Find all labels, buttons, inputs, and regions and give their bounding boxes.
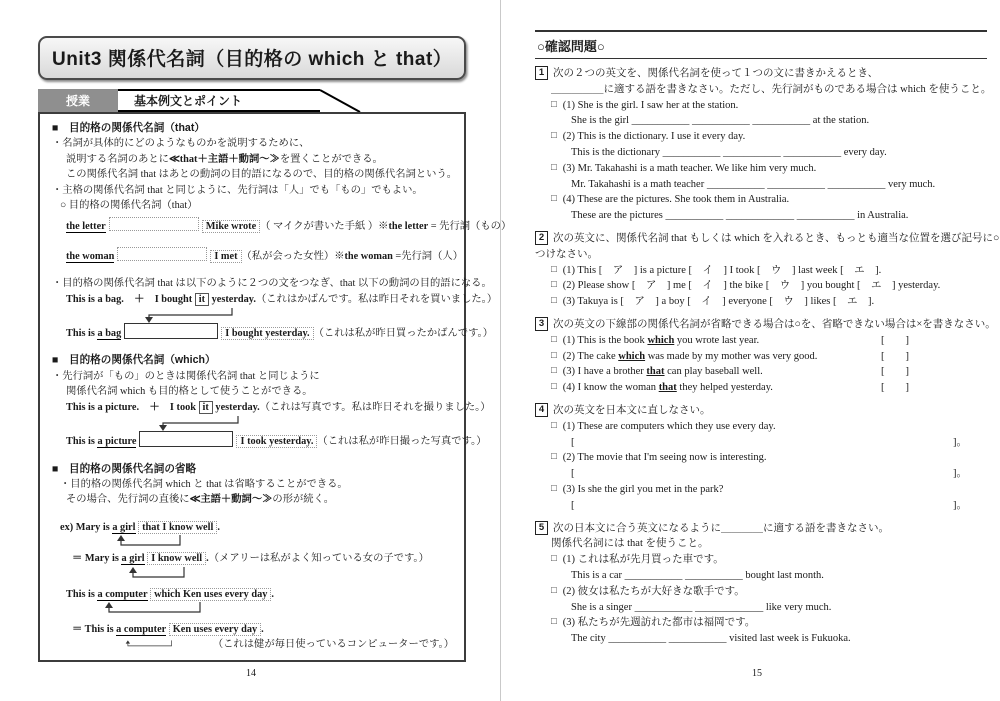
exercise-item: □(3) 私たちが先週訪れた都市は福岡です。 bbox=[535, 615, 987, 631]
checkbox-icon: □ bbox=[551, 296, 557, 306]
close-bracket: ]。 bbox=[953, 466, 967, 482]
antecedent: a bag bbox=[97, 328, 121, 340]
example-line: ＝ Mary is a girl I know well.（メアリーは私がよく知… bbox=[52, 551, 454, 566]
question-intro-text: 次の日本文に合う英文になるように＿＿＿＿に適する語を書きなさい。 bbox=[553, 523, 889, 534]
question-intro-text: 次の英文を日本文に直しなさい。 bbox=[553, 405, 711, 416]
problems-header: ○確認問題○ bbox=[535, 30, 987, 59]
answer-bracket-line: []。 bbox=[535, 466, 987, 482]
relative-clause: which Ken uses every day bbox=[150, 588, 271, 601]
tab-diagonal-edge bbox=[320, 89, 362, 112]
reference-arrow-row: （これは健が毎日使っているコンピューターです。） bbox=[124, 637, 454, 652]
example-line: This is a pictureI took yesterday.（これは私が… bbox=[52, 431, 454, 449]
source-sentence: yesterday. bbox=[209, 294, 256, 305]
checkbox-icon: □ bbox=[551, 364, 557, 380]
answer-line: This is the dictionary ___________ _____… bbox=[535, 145, 987, 161]
pattern-emphasis: ≪主語＋動詞～≫ bbox=[190, 494, 273, 505]
note-text: = 先行詞（もの） bbox=[428, 221, 511, 232]
text-segment: を置くことができる。 bbox=[280, 154, 383, 165]
object-pronoun: it bbox=[199, 401, 213, 414]
japanese-prompt: (1) これは私が先月買った車です。 bbox=[563, 554, 724, 565]
open-bracket: [ bbox=[571, 498, 575, 514]
example-line: the womanI met（私が会った女性）※the woman =先行詞（人… bbox=[52, 247, 454, 264]
text-segment: (2) The cake bbox=[563, 351, 618, 362]
answer-blank bbox=[139, 431, 233, 447]
relative-clause: I bought yesterday. bbox=[221, 327, 313, 340]
example-line: This is a picture. ＋ I took it yesterday… bbox=[52, 400, 454, 415]
exercise-item: □(3) Takuya is [ ア ] a boy [ イ ] everyon… bbox=[535, 294, 987, 310]
example-line: This is a computer which Ken uses every … bbox=[52, 587, 454, 602]
note-text: =先行詞（人） bbox=[393, 251, 463, 262]
exercise-item: □(1) She is the girl. I saw her at the s… bbox=[535, 98, 987, 114]
source-sentence: This is a bag. ＋ I bought bbox=[66, 294, 195, 305]
source-sentence: (4) These are the pictures. She took the… bbox=[563, 194, 789, 205]
text-segment: その場合、先行詞の直後に bbox=[66, 494, 190, 505]
checkbox-icon: □ bbox=[551, 100, 557, 110]
answer-line: She is the girl ___________ ___________ … bbox=[535, 113, 987, 129]
close-bracket: ]。 bbox=[953, 498, 967, 514]
question-intro-cont: 関係代名詞には that を使うこと。 bbox=[535, 536, 987, 552]
answer-bracket-line: []。 bbox=[535, 498, 987, 514]
exercise-item: □(2) Please show [ ア ] me [ イ ] the bike… bbox=[535, 278, 987, 294]
antecedent: the letter bbox=[66, 221, 106, 233]
answer-line: These are the pictures ___________ _____… bbox=[535, 208, 987, 224]
question-block-2: 2次の英文に、関係代名詞 that もしくは which を入れるとき、もっとも… bbox=[535, 231, 987, 310]
sentence-with-relative: (3) I have a brother that can play baseb… bbox=[563, 364, 763, 380]
lesson-content-box: ■ 目的格の関係代名詞（that） ・名詞が具体的にどのようなものかを説明するた… bbox=[38, 112, 466, 662]
reference-arrow bbox=[126, 567, 454, 583]
question-intro-text: 次の英文の下線部の関係代名詞が省略できる場合は○を、省略できない場合は×を書きな… bbox=[553, 319, 996, 330]
question-block-1: 1次の２つの英文を、関係代名詞を使って１つの文に書きかえるとき、 ＿＿＿＿＿に適… bbox=[535, 66, 987, 224]
exercise-item: □(4) These are the pictures. She took th… bbox=[535, 192, 987, 208]
example-prefix: ex) Mary is bbox=[60, 522, 112, 533]
question-intro: 5次の日本文に合う英文になるように＿＿＿＿に適する語を書きなさい。 bbox=[535, 521, 987, 537]
answer-bracket-line: []。 bbox=[535, 435, 987, 451]
text-segment: の形が続く。 bbox=[272, 494, 334, 505]
relative-pronoun: which bbox=[647, 335, 674, 346]
text-segment: (3) I have a brother bbox=[563, 366, 647, 377]
text-segment: 説明する名詞のあとに bbox=[66, 154, 169, 165]
answer-bracket: [ ] bbox=[881, 333, 909, 349]
source-sentence: (1) These are computers which they use e… bbox=[563, 421, 776, 432]
translation: （これは健が毎日使っているコンピューターです。） bbox=[213, 637, 454, 652]
question-intro: 2次の英文に、関係代名詞 that もしくは which を入れるとき、もっとも… bbox=[535, 231, 987, 247]
translation: （これは写真です。私は昨日それを撮りました。） bbox=[260, 402, 491, 413]
antecedent: a computer bbox=[97, 589, 147, 601]
body-line: ・主格の関係代名詞 that と同じように、先行詞は「人」でも「もの」でもよい。 bbox=[52, 183, 454, 198]
page-fold-divider bbox=[500, 0, 501, 701]
sentence-with-relative: (1) This is the book which you wrote las… bbox=[563, 333, 759, 349]
open-bracket: [ bbox=[571, 466, 575, 482]
japanese-prompt: (2) 彼女は私たちが大好きな歌手です。 bbox=[563, 586, 745, 597]
answer-blank bbox=[124, 323, 218, 339]
example-line: the letterMike wrote（ マイクが書いた手紙 ）※the le… bbox=[52, 217, 454, 234]
translation: （これはかばんです。私は昨日それを買いました。） bbox=[256, 294, 497, 305]
translation: （これは私が昨日撮った写真です。） bbox=[317, 436, 486, 447]
antecedent: a girl bbox=[112, 522, 135, 534]
body-line: 関係代名詞 which も目的格として使うことができる。 bbox=[52, 384, 454, 399]
question-number: 5 bbox=[535, 521, 548, 535]
antecedent: a girl bbox=[121, 553, 144, 565]
checkbox-icon: □ bbox=[551, 452, 557, 462]
relative-clause: I know well bbox=[147, 552, 206, 565]
checkbox-icon: □ bbox=[551, 586, 557, 596]
answer-line: This is a car ___________ ___________ bo… bbox=[535, 568, 987, 584]
checkbox-icon: □ bbox=[551, 617, 557, 627]
relative-pronoun: that bbox=[659, 382, 677, 393]
example-line: This is a bag. ＋ I bought it yesterday.（… bbox=[52, 292, 454, 307]
exercise-item: □(2) The cake which was made by my mothe… bbox=[535, 349, 987, 365]
page-left: Unit3 関係代名詞（目的格の which と that） 授業 基本例文とポ… bbox=[38, 36, 466, 662]
sentence-with-relative: (4) I know the woman that they helped ye… bbox=[563, 380, 773, 396]
choice-sentence: (1) This [ ア ] is a picture [ イ ] I took… bbox=[563, 265, 882, 276]
example-prefix: ＝ Mary is bbox=[72, 553, 121, 564]
question-intro-text: 次の英文に、関係代名詞 that もしくは which を入れるとき、もっとも適… bbox=[553, 233, 1000, 244]
checkbox-icon: □ bbox=[551, 163, 557, 173]
question-intro-cont: つけなさい。 bbox=[535, 247, 987, 263]
worksheet-spread: Unit3 関係代名詞（目的格の which と that） 授業 基本例文とポ… bbox=[0, 0, 1000, 701]
japanese-prompt: (3) 私たちが先週訪れた都市は福岡です。 bbox=[563, 617, 756, 628]
checkbox-icon: □ bbox=[551, 265, 557, 275]
relative-clause: Mike wrote bbox=[202, 220, 260, 233]
checkbox-icon: □ bbox=[551, 554, 557, 564]
checkbox-icon: □ bbox=[551, 194, 557, 204]
exercise-item: □(1) This is the book which you wrote la… bbox=[535, 333, 987, 349]
text-segment: (1) This is the book bbox=[563, 335, 648, 346]
checkbox-icon: □ bbox=[551, 349, 557, 365]
answer-bracket: [ ] bbox=[881, 364, 909, 380]
text-segment: you wrote last year. bbox=[674, 335, 759, 346]
body-line: その場合、先行詞の直後に≪主語＋動詞～≫の形が続く。 bbox=[52, 492, 454, 507]
question-block-4: 4次の英文を日本文に直しなさい。 □(1) These are computer… bbox=[535, 403, 987, 514]
question-intro-text: 次の２つの英文を、関係代名詞を使って１つの文に書きかえるとき、 bbox=[553, 68, 878, 79]
answer-line: Mr. Takahashi is a math teacher ________… bbox=[535, 177, 987, 193]
note-symbol: ※ bbox=[334, 251, 344, 262]
object-pronoun: it bbox=[195, 293, 209, 306]
result-sentence: This is bbox=[66, 328, 97, 339]
checkbox-icon: □ bbox=[551, 484, 557, 494]
body-line: ・目的格の関係代名詞 that は以下のように２つの文をつなぎ、that 以下の… bbox=[52, 276, 454, 291]
relative-pronoun: which bbox=[618, 351, 645, 362]
lesson-tab-row: 授業 基本例文とポイント bbox=[38, 89, 466, 112]
reference-arrow bbox=[124, 637, 175, 652]
translation: （メアリーは私がよく知っている女の子です。） bbox=[209, 553, 429, 564]
question-intro: 3次の英文の下線部の関係代名詞が省略できる場合は○を、省略できない場合は×を書き… bbox=[535, 317, 987, 333]
period: . bbox=[261, 624, 264, 635]
text-segment: was made by my mother was very good. bbox=[645, 351, 817, 362]
source-sentence: (3) Mr. Takahashi is a math teacher. We … bbox=[563, 163, 816, 174]
translation: （ マイクが書いた手紙 ） bbox=[260, 221, 378, 232]
section-heading: ■ 目的格の関係代名詞の省略 bbox=[52, 462, 454, 477]
text-segment: (4) I know the woman bbox=[563, 382, 659, 393]
exercise-item: □(1) These are computers which they use … bbox=[535, 419, 987, 435]
relative-clause: I met bbox=[210, 250, 241, 263]
note-symbol: ※ bbox=[378, 221, 388, 232]
question-block-3: 3次の英文の下線部の関係代名詞が省略できる場合は○を、省略できない場合は×を書き… bbox=[535, 317, 987, 396]
body-line: ・目的格の関係代名詞 which と that は省略することができる。 bbox=[52, 477, 454, 492]
body-line: 説明する名詞のあとに≪that＋主語＋動詞～≫を置くことができる。 bbox=[52, 152, 454, 167]
section-heading: ■ 目的格の関係代名詞（which） bbox=[52, 353, 454, 368]
page-number: 14 bbox=[246, 668, 256, 679]
question-number: 1 bbox=[535, 66, 548, 80]
exercise-item: □(1) これは私が先月買った車です。 bbox=[535, 552, 987, 568]
note-word: the letter bbox=[388, 221, 428, 232]
reference-arrow bbox=[102, 602, 454, 618]
answer-line: The city ___________ ___________ visited… bbox=[535, 631, 987, 647]
open-bracket: [ bbox=[571, 435, 575, 451]
body-line: ・名詞が具体的にどのようなものかを説明するために、 bbox=[52, 136, 454, 151]
body-line: この関係代名詞 that はあとの動詞の目的語になるので、目的格の関係代名詞とい… bbox=[52, 167, 454, 182]
relative-pronoun: that bbox=[646, 366, 664, 377]
translation: （私が会った女性） bbox=[242, 251, 335, 262]
close-bracket: ]。 bbox=[953, 435, 967, 451]
source-sentence: (2) This is the dictionary. I use it eve… bbox=[563, 131, 745, 142]
source-sentence: yesterday. bbox=[213, 402, 260, 413]
page-number: 15 bbox=[752, 668, 762, 679]
answer-bracket: [ ] bbox=[881, 349, 909, 365]
example-prefix: ＝ This is bbox=[72, 624, 116, 635]
checkbox-icon: □ bbox=[551, 380, 557, 396]
question-number: 4 bbox=[535, 403, 548, 417]
answer-blank bbox=[117, 247, 207, 261]
example-line: ＝ This is a computer Ken uses every day. bbox=[52, 622, 454, 637]
exercise-item: □(2) The movie that I'm seeing now is in… bbox=[535, 450, 987, 466]
translation: （これは私が昨日買ったかばんです。） bbox=[314, 328, 493, 339]
section-heading: ■ 目的格の関係代名詞（that） bbox=[52, 121, 454, 136]
answer-blank bbox=[109, 217, 199, 231]
antecedent: a computer bbox=[116, 624, 166, 636]
checkbox-icon: □ bbox=[551, 280, 557, 290]
answer-bracket: [ ] bbox=[881, 380, 909, 396]
antecedent: a picture bbox=[97, 436, 136, 448]
question-block-5: 5次の日本文に合う英文になるように＿＿＿＿に適する語を書きなさい。 関係代名詞に… bbox=[535, 521, 987, 647]
body-line: ・先行詞が「もの」のときは関係代名詞 that と同じように bbox=[52, 369, 454, 384]
reference-arrow bbox=[114, 535, 454, 551]
relative-clause: that I know well bbox=[138, 521, 217, 534]
exercise-item: □(2) This is the dictionary. I use it ev… bbox=[535, 129, 987, 145]
relative-clause: I took yesterday. bbox=[236, 435, 317, 448]
note-word: the woman bbox=[344, 251, 392, 262]
checkbox-icon: □ bbox=[551, 333, 557, 349]
example-line: This is a bagI bought yesterday.（これは私が昨日… bbox=[52, 323, 454, 341]
move-arrow bbox=[142, 307, 454, 323]
pattern-emphasis: ≪that＋主語＋動詞～≫ bbox=[169, 154, 280, 165]
question-number: 2 bbox=[535, 231, 548, 245]
text-segment: can play baseball well. bbox=[665, 366, 763, 377]
checkbox-icon: □ bbox=[551, 421, 557, 431]
choice-sentence: (3) Takuya is [ ア ] a boy [ イ ] everyone… bbox=[563, 296, 874, 307]
unit-title: Unit3 関係代名詞（目的格の which と that） bbox=[38, 36, 466, 80]
choice-sentence: (2) Please show [ ア ] me [ イ ] the bike … bbox=[563, 280, 941, 291]
exercise-item: □(3) I have a brother that can play base… bbox=[535, 364, 987, 380]
lesson-tab-title: 基本例文とポイント bbox=[118, 89, 320, 112]
exercise-item: □(3) Is she the girl you met in the park… bbox=[535, 482, 987, 498]
source-sentence: (1) She is the girl. I saw her at the st… bbox=[563, 100, 739, 111]
text-segment: they helped yesterday. bbox=[677, 382, 773, 393]
relative-clause: Ken uses every day bbox=[169, 623, 261, 636]
source-sentence: This is a picture. ＋ I took bbox=[66, 402, 199, 413]
question-intro: 1次の２つの英文を、関係代名詞を使って１つの文に書きかえるとき、 bbox=[535, 66, 987, 82]
checkbox-icon: □ bbox=[551, 131, 557, 141]
problems-header-title: ○確認問題○ bbox=[535, 34, 987, 59]
antecedent: the woman bbox=[66, 251, 114, 263]
period: . bbox=[217, 522, 220, 533]
source-sentence: (2) The movie that I'm seeing now is int… bbox=[563, 452, 767, 463]
source-sentence: (3) Is she the girl you met in the park? bbox=[563, 484, 724, 495]
exercise-item: □(1) This [ ア ] is a picture [ イ ] I too… bbox=[535, 263, 987, 279]
period: . bbox=[271, 589, 274, 600]
question-number: 3 bbox=[535, 317, 548, 331]
sub-heading: ○ 目的格の関係代名詞（that） bbox=[52, 198, 454, 213]
page-right: ○確認問題○ 1次の２つの英文を、関係代名詞を使って１つの文に書きかえるとき、 … bbox=[535, 30, 987, 647]
sentence-with-relative: (2) The cake which was made by my mother… bbox=[563, 349, 818, 365]
answer-line: She is a singer ___________ ____________… bbox=[535, 600, 987, 616]
exercise-item: □(3) Mr. Takahashi is a math teacher. We… bbox=[535, 161, 987, 177]
lesson-tab-label: 授業 bbox=[38, 89, 118, 112]
move-arrow bbox=[156, 415, 454, 431]
example-line: ex) Mary is a girl that I know well. bbox=[52, 520, 454, 535]
result-sentence: This is bbox=[66, 436, 97, 447]
question-intro: 4次の英文を日本文に直しなさい。 bbox=[535, 403, 987, 419]
exercise-item: □(2) 彼女は私たちが大好きな歌手です。 bbox=[535, 584, 987, 600]
exercise-item: □(4) I know the woman that they helped y… bbox=[535, 380, 987, 396]
example-prefix: This is bbox=[66, 589, 97, 600]
question-intro-cont: ＿＿＿＿＿に適する語を書きなさい。ただし、先行詞がものである場合は which … bbox=[535, 82, 987, 98]
